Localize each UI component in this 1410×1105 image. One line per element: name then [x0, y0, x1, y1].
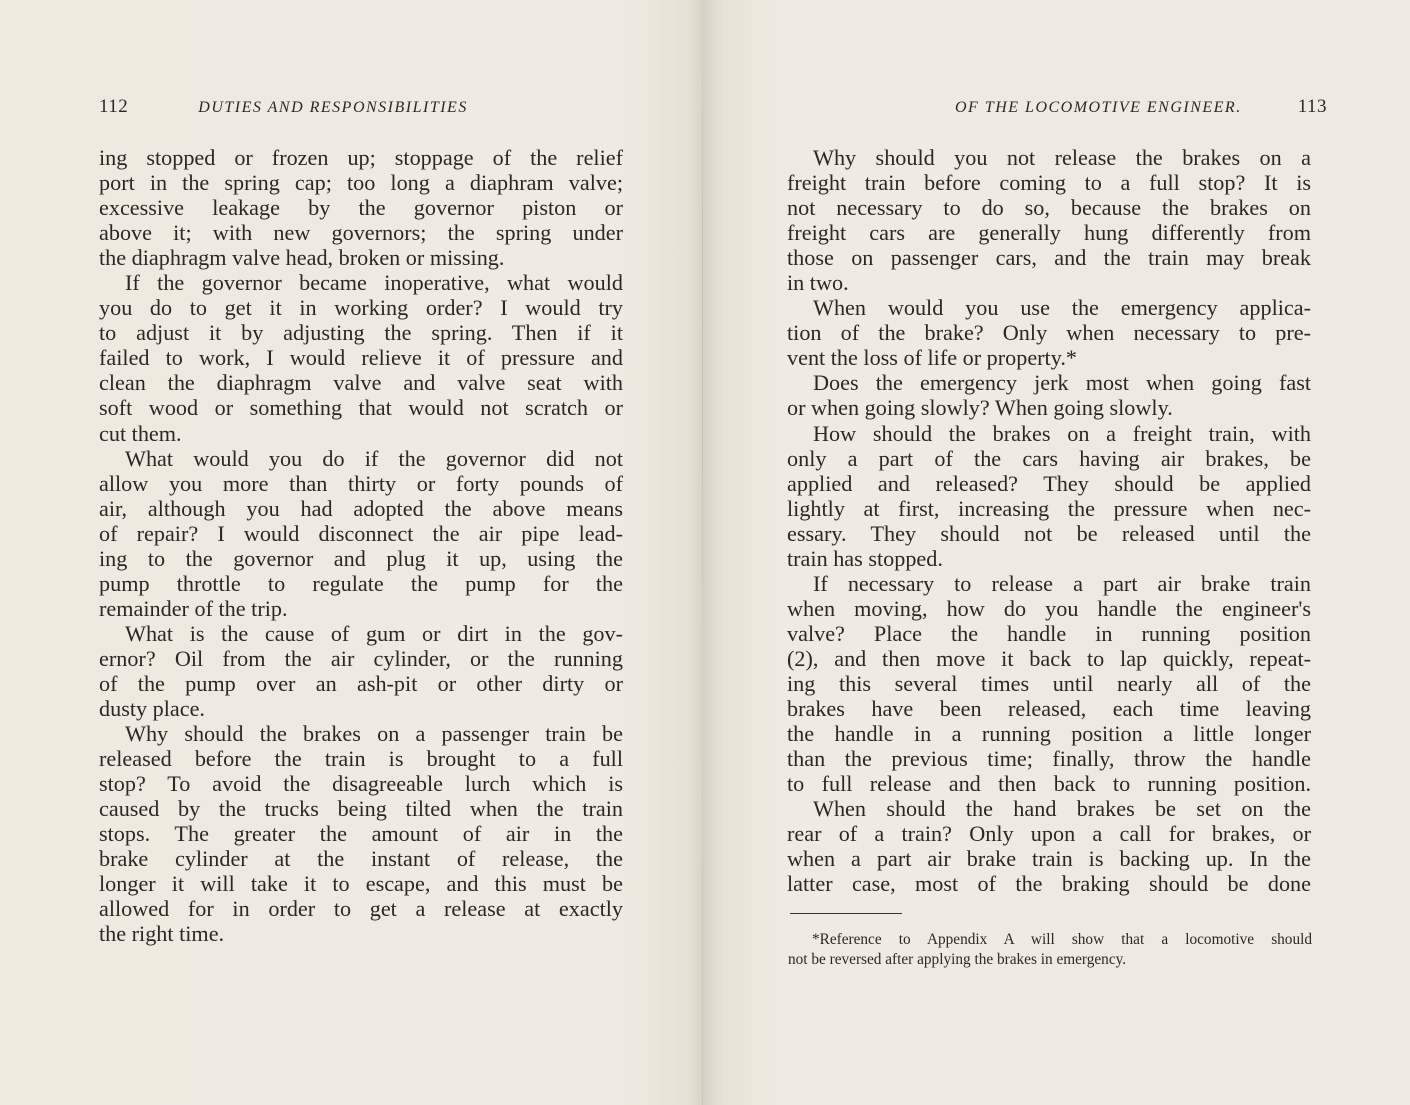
text-line: brake cylinder at the instant of release…: [99, 846, 623, 871]
running-head-right: OF THE LOCOMOTIVE ENGINEER. 113: [801, 96, 1327, 120]
text-line: latter case, most of the braking should …: [787, 871, 1311, 896]
text-line: you do to get it in working order? I wou…: [99, 295, 623, 320]
text-line: of repair? I would disconnect the air pi…: [99, 521, 623, 546]
text-line: What would you do if the governor did no…: [99, 446, 623, 471]
text-line: when a part air brake train is backing u…: [787, 846, 1311, 871]
left-page: 112 DUTIES AND RESPONSIBILITIES ing stop…: [0, 0, 703, 1105]
text-line: the diaphragm valve head, broken or miss…: [99, 245, 623, 270]
text-line: rear of a train? Only upon a call for br…: [787, 821, 1311, 846]
text-line: allow you more than thirty or forty poun…: [99, 471, 623, 496]
text-line: the right time.: [99, 921, 623, 946]
text-line: clean the diaphragm valve and valve seat…: [99, 370, 623, 395]
footnote: *Reference to Appendix A will show that …: [788, 930, 1312, 970]
footnote-line: *Reference to Appendix A will show that …: [788, 930, 1312, 950]
text-line: stops. The greater the amount of air in …: [99, 821, 623, 846]
text-line: lightly at first, increasing the pressur…: [787, 496, 1311, 521]
text-line: of the pump over an ash-pit or other dir…: [99, 671, 623, 696]
text-line: If necessary to release a part air brake…: [787, 571, 1311, 596]
text-line: than the previous time; finally, throw t…: [787, 746, 1311, 771]
text-line: When would you use the emergency applica…: [787, 295, 1311, 320]
text-line: essary. They should not be released unti…: [787, 521, 1311, 546]
text-line: freight train before coming to a full st…: [787, 170, 1311, 195]
running-head-left: 112 DUTIES AND RESPONSIBILITIES: [99, 96, 623, 120]
text-line: remainder of the trip.: [99, 596, 623, 621]
text-line: ing to the governor and plug it up, usin…: [99, 546, 623, 571]
text-line: allowed for in order to get a release at…: [99, 896, 623, 921]
text-line: tion of the brake? Only when necessary t…: [787, 320, 1311, 345]
text-line: those on passenger cars, and the train m…: [787, 245, 1311, 270]
text-line: ing stopped or frozen up; stoppage of th…: [99, 145, 623, 170]
text-line: (2), and then move it back to lap quickl…: [787, 646, 1311, 671]
text-line: brakes have been released, each time lea…: [787, 696, 1311, 721]
text-line: ing this several times until nearly all …: [787, 671, 1311, 696]
footnote-line: not be reversed after applying the brake…: [788, 950, 1312, 970]
right-page-body: Why should you not release the brakes on…: [787, 145, 1311, 896]
text-line: How should the brakes on a freight train…: [787, 421, 1311, 446]
text-line: stop? To avoid the disagreeable lurch wh…: [99, 771, 623, 796]
text-line: train has stopped.: [787, 546, 1311, 571]
text-line: to adjust it by adjusting the spring. Th…: [99, 320, 623, 345]
text-line: caused by the trucks being tilted when t…: [99, 796, 623, 821]
text-line: What is the cause of gum or dirt in the …: [99, 621, 623, 646]
text-line: only a part of the cars having air brake…: [787, 446, 1311, 471]
text-line: If the governor became inoperative, what…: [99, 270, 623, 295]
text-line: port in the spring cap; too long a diaph…: [99, 170, 623, 195]
text-line: not necessary to do so, because the brak…: [787, 195, 1311, 220]
text-line: vent the loss of life or property.*: [787, 345, 1311, 370]
text-line: soft wood or something that would not sc…: [99, 395, 623, 420]
text-line: valve? Place the handle in running posit…: [787, 621, 1311, 646]
text-line: applied and released? They should be app…: [787, 471, 1311, 496]
text-line: excessive leakage by the governor piston…: [99, 195, 623, 220]
right-page: OF THE LOCOMOTIVE ENGINEER. 113 Why shou…: [703, 0, 1410, 1105]
text-line: When should the hand brakes be set on th…: [787, 796, 1311, 821]
left-page-body: ing stopped or frozen up; stoppage of th…: [99, 145, 623, 947]
page-number-right: 113: [1298, 96, 1327, 118]
text-line: pump throttle to regulate the pump for t…: [99, 571, 623, 596]
text-line: or when going slowly? When going slowly.: [787, 395, 1311, 420]
text-line: released before the train is brought to …: [99, 746, 623, 771]
text-line: Why should the brakes on a passenger tra…: [99, 721, 623, 746]
text-line: in two.: [787, 270, 1311, 295]
text-line: Does the emergency jerk most when going …: [787, 370, 1311, 395]
text-line: Why should you not release the brakes on…: [787, 145, 1311, 170]
text-line: cut them.: [99, 421, 623, 446]
page-number-left: 112: [99, 96, 128, 118]
text-line: dusty place.: [99, 696, 623, 721]
text-line: to full release and then back to running…: [787, 771, 1311, 796]
text-line: failed to work, I would relieve it of pr…: [99, 345, 623, 370]
text-line: longer it will take it to escape, and th…: [99, 871, 623, 896]
text-line: freight cars are generally hung differen…: [787, 220, 1311, 245]
text-line: above it; with new governors; the spring…: [99, 220, 623, 245]
running-head-title-left: DUTIES AND RESPONSIBILITIES: [198, 99, 468, 117]
footnote-divider: [790, 913, 902, 914]
book-spread: 112 DUTIES AND RESPONSIBILITIES ing stop…: [0, 0, 1410, 1105]
text-line: the handle in a running position a littl…: [787, 721, 1311, 746]
text-line: air, although you had adopted the above …: [99, 496, 623, 521]
running-head-title-right: OF THE LOCOMOTIVE ENGINEER.: [955, 99, 1242, 117]
text-line: ernor? Oil from the air cylinder, or the…: [99, 646, 623, 671]
text-line: when moving, how do you handle the engin…: [787, 596, 1311, 621]
